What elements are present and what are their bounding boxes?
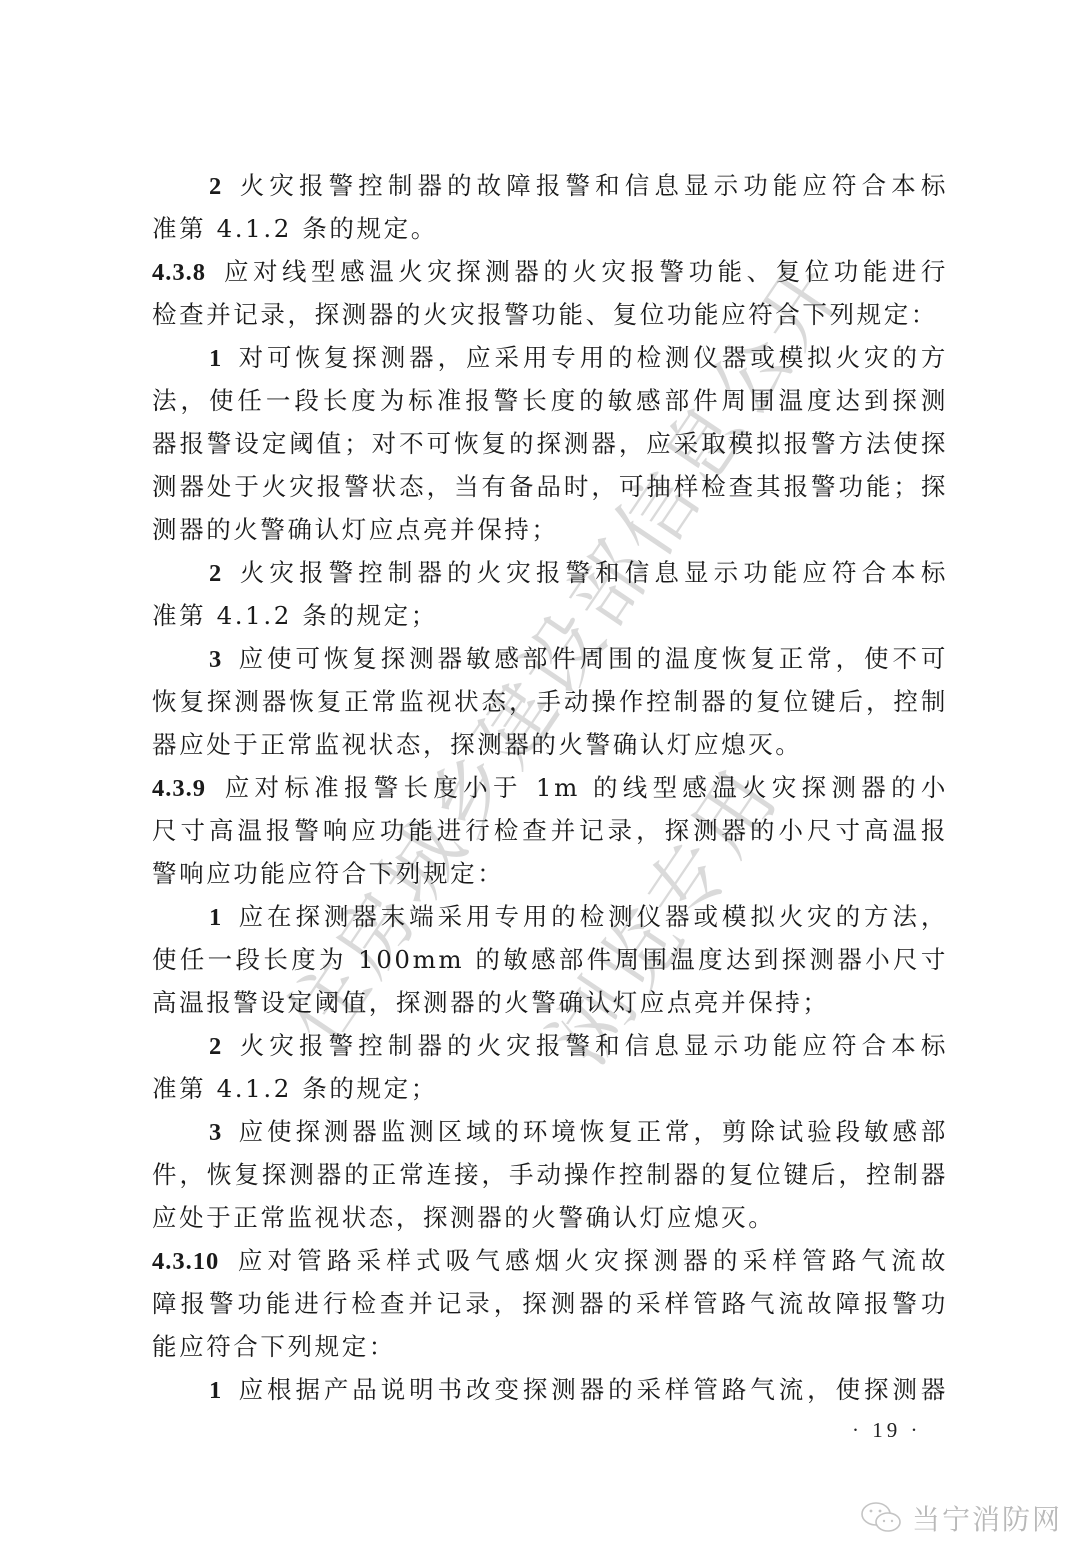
text-line: 3应使探测器监测区域的环境恢复正常，剪除试验段敏感部 <box>152 1110 948 1153</box>
clause-number: 4.3.8 <box>152 259 206 286</box>
line-text: 尺寸高温报警响应功能进行检查并记录，探测器的小尺寸高温报 <box>152 816 948 845</box>
text-line: 应处于正常监视状态，探测器的火警确认灯应熄灭。 <box>152 1196 948 1239</box>
text-line: 能应符合下列规定： <box>152 1325 948 1368</box>
text-line: 恢复探测器恢复正常监视状态，手动操作控制器的复位键后，控制 <box>152 680 948 723</box>
wechat-account-badge: 当宁消防网 <box>860 1498 1062 1538</box>
text-line: 使任一段长度为 100mm 的敏感部件周围温度达到探测器小尺寸 <box>152 938 948 981</box>
page-number: · 19 · <box>852 1418 922 1443</box>
item-number: 1 <box>209 345 221 372</box>
line-text: 应使可恢复探测器敏感部件周围的温度恢复正常，使不可 <box>237 644 948 673</box>
text-line: 器报警设定阈值；对不可恢复的探测器，应采取模拟报警方法使探 <box>152 422 948 465</box>
text-line: 2火灾报警控制器的火灾报警和信息显示功能应符合本标 <box>152 551 948 594</box>
text-line: 3应使可恢复探测器敏感部件周围的温度恢复正常，使不可 <box>152 637 948 680</box>
text-line: 准第 4.1.2 条的规定； <box>152 594 948 637</box>
line-text: 火灾报警控制器的故障报警和信息显示功能应符合本标 <box>237 171 948 200</box>
line-text: 器报警设定阈值；对不可恢复的探测器，应采取模拟报警方法使探 <box>152 429 948 458</box>
line-text: 应对线型感温火灾探测器的火灾报警功能、复位功能进行 <box>222 257 948 286</box>
line-text: 应对管路采样式吸气感烟火灾探测器的采样管路气流故 <box>235 1246 948 1275</box>
line-text: 测器处于火灾报警状态，当有备品时，可抽样检查其报警功能；探 <box>152 472 948 501</box>
line-text: 应对标准报警长度小于 1m 的线型感温火灾探测器的小 <box>222 773 948 802</box>
text-line: 1应根据产品说明书改变探测器的采样管路气流，使探测器 <box>152 1368 948 1411</box>
item-number: 2 <box>209 173 221 200</box>
item-number: 1 <box>209 1377 221 1404</box>
text-line: 测器的火警确认灯应点亮并保持； <box>152 508 948 551</box>
clause-number: 4.3.9 <box>152 775 206 802</box>
text-line: 4.3.9应对标准报警长度小于 1m 的线型感温火灾探测器的小 <box>152 766 948 809</box>
line-text: 应使探测器监测区域的环境恢复正常，剪除试验段敏感部 <box>237 1117 948 1146</box>
text-line: 2火灾报警控制器的故障报警和信息显示功能应符合本标 <box>152 164 948 207</box>
text-line: 1应在探测器末端采用专用的检测仪器或模拟火灾的方法， <box>152 895 948 938</box>
line-text: 器应处于正常监视状态，探测器的火警确认灯应熄灭。 <box>152 730 802 759</box>
line-text: 准第 4.1.2 条的规定； <box>152 1074 438 1103</box>
line-text: 火灾报警控制器的火灾报警和信息显示功能应符合本标 <box>237 1031 948 1060</box>
item-number: 3 <box>209 646 221 673</box>
text-line: 4.3.10应对管路采样式吸气感烟火灾探测器的采样管路气流故 <box>152 1239 948 1282</box>
line-text: 准第 4.1.2 条的规定。 <box>152 214 438 243</box>
line-text: 测器的火警确认灯应点亮并保持； <box>152 515 559 544</box>
wechat-icon <box>860 1501 904 1535</box>
line-text: 障报警功能进行检查并记录，探测器的采样管路气流故障报警功 <box>152 1289 948 1318</box>
line-text: 法，使任一段长度为标准报警长度的敏感部件周围温度达到探测 <box>152 386 948 415</box>
line-text: 恢复探测器恢复正常监视状态，手动操作控制器的复位键后，控制 <box>152 687 948 716</box>
text-line: 尺寸高温报警响应功能进行检查并记录，探测器的小尺寸高温报 <box>152 809 948 852</box>
line-text: 对可恢复探测器，应采用专用的检测仪器或模拟火灾的方 <box>237 343 948 372</box>
text-line: 法，使任一段长度为标准报警长度的敏感部件周围温度达到探测 <box>152 379 948 422</box>
text-line: 障报警功能进行检查并记录，探测器的采样管路气流故障报警功 <box>152 1282 948 1325</box>
line-text: 应在探测器末端采用专用的检测仪器或模拟火灾的方法， <box>237 902 948 931</box>
text-line: 器应处于正常监视状态，探测器的火警确认灯应熄灭。 <box>152 723 948 766</box>
line-text: 件，恢复探测器的正常连接，手动操作控制器的复位键后，控制器 <box>152 1160 948 1189</box>
text-line: 高温报警设定阈值，探测器的火警确认灯应点亮并保持； <box>152 981 948 1024</box>
document-page: 2火灾报警控制器的故障报警和信息显示功能应符合本标准第 4.1.2 条的规定。4… <box>152 164 948 1411</box>
item-number: 2 <box>209 1033 221 1060</box>
line-text: 应处于正常监视状态，探测器的火警确认灯应熄灭。 <box>152 1203 775 1232</box>
text-line: 2火灾报警控制器的火灾报警和信息显示功能应符合本标 <box>152 1024 948 1067</box>
clause-number: 4.3.10 <box>152 1248 219 1275</box>
text-line: 1对可恢复探测器，应采用专用的检测仪器或模拟火灾的方 <box>152 336 948 379</box>
text-line: 测器处于火灾报警状态，当有备品时，可抽样检查其报警功能；探 <box>152 465 948 508</box>
line-text: 应根据产品说明书改变探测器的采样管路气流，使探测器 <box>237 1375 948 1404</box>
line-text: 能应符合下列规定： <box>152 1332 396 1361</box>
text-line: 4.3.8应对线型感温火灾探测器的火灾报警功能、复位功能进行 <box>152 250 948 293</box>
text-line: 警响应功能应符合下列规定： <box>152 852 948 895</box>
line-text: 准第 4.1.2 条的规定； <box>152 601 438 630</box>
line-text: 高温报警设定阈值，探测器的火警确认灯应点亮并保持； <box>152 988 830 1017</box>
item-number: 1 <box>209 904 221 931</box>
line-text: 检查并记录，探测器的火灾报警功能、复位功能应符合下列规定： <box>152 300 938 329</box>
line-text: 火灾报警控制器的火灾报警和信息显示功能应符合本标 <box>237 558 948 587</box>
text-line: 准第 4.1.2 条的规定； <box>152 1067 948 1110</box>
text-line: 件，恢复探测器的正常连接，手动操作控制器的复位键后，控制器 <box>152 1153 948 1196</box>
account-name: 当宁消防网 <box>912 1498 1062 1538</box>
text-line: 检查并记录，探测器的火灾报警功能、复位功能应符合下列规定： <box>152 293 948 336</box>
line-text: 警响应功能应符合下列规定： <box>152 859 504 888</box>
text-line: 准第 4.1.2 条的规定。 <box>152 207 948 250</box>
line-text: 使任一段长度为 100mm 的敏感部件周围温度达到探测器小尺寸 <box>152 945 948 974</box>
item-number: 3 <box>209 1119 221 1146</box>
item-number: 2 <box>209 560 221 587</box>
